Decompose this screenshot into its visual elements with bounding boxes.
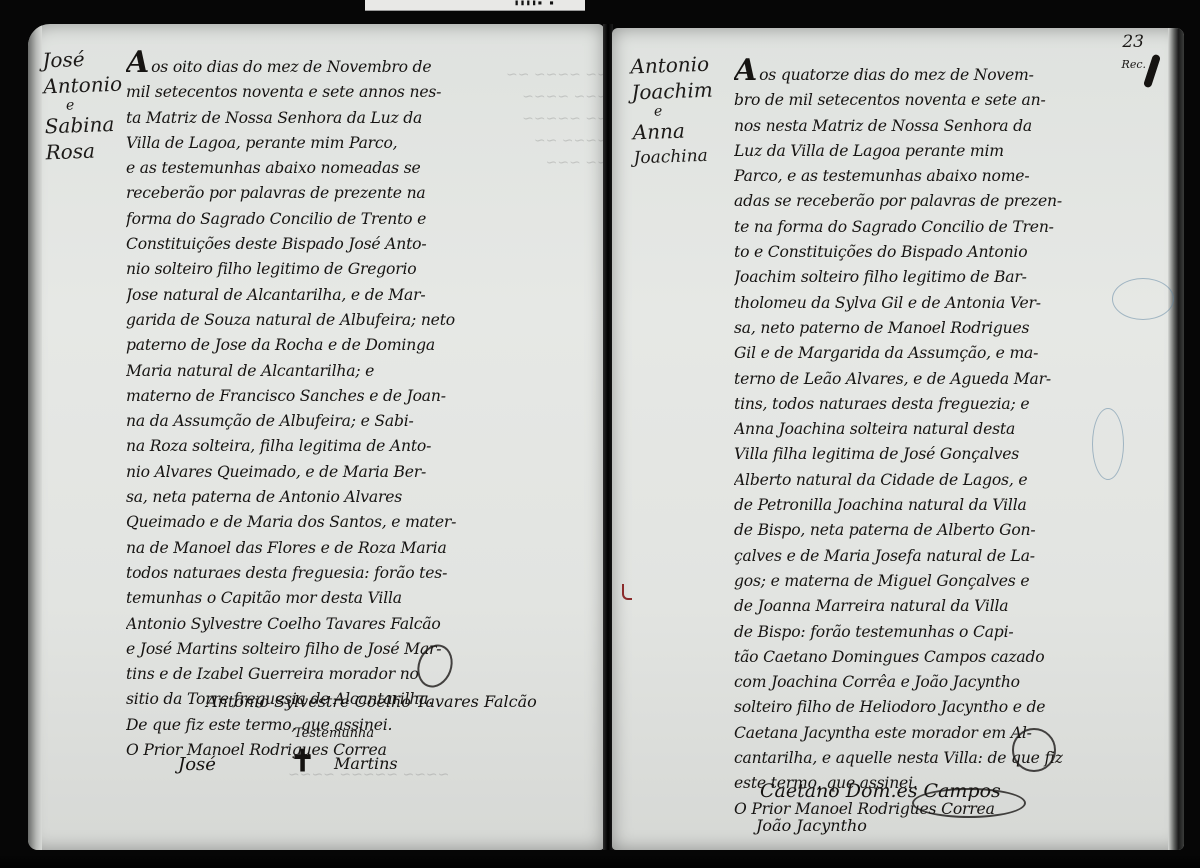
right-page: 23 Rec. Antonio Joachim e Anna Joachina … [612, 28, 1184, 850]
text-line: e as testemunhas abaixo nomeadas se [126, 156, 496, 181]
text-line: tholomeu da Sylva Gil e de Antonia Ver- [734, 291, 1084, 316]
text-line: gos; e materna de Miguel Gonçalves e [734, 569, 1084, 594]
margin-name: Rosa [45, 137, 125, 166]
text-line: Aos quatorze dias do mez de Novem- [734, 58, 1084, 88]
left-page-edge [28, 24, 42, 850]
text-line: com Joachina Corrêa e João Jacyntho [734, 670, 1084, 695]
text-line: na da Assumção de Albufeira; e Sabi- [126, 409, 496, 434]
signature-label: Testemunha [294, 726, 374, 741]
bleed-through-text: ~~ ~~~~ ~~~~~ ~~~~~~ ~~~~~~~~~ ~~~~ ~~~ [506, 64, 604, 174]
text-line: temunhas o Capitão mor desta Villa [126, 586, 496, 611]
margin-name: Joachina [633, 143, 715, 172]
folio-number: 23 [1122, 32, 1144, 52]
margin-name: Anna [632, 117, 714, 146]
text-line: na Roza solteira, filha legitima de Anto… [126, 434, 496, 459]
text-line: te na forma do Sagrado Concilio de Tren- [734, 215, 1084, 240]
text-line: adas se receberão por palavras de prezen… [734, 189, 1084, 214]
text-line: de Bispo: forão testemunhas o Capi- [734, 620, 1084, 645]
cross-mark-icon: ✝ [290, 744, 315, 779]
text-line: Alberto natural da Cidade de Lagos, e [734, 468, 1084, 493]
text-line: mil setecentos noventa e sete annos nes- [126, 80, 496, 105]
text-line: receberão por palavras de prezente na [126, 181, 496, 206]
text-line: Maria natural de Alcantarilha; e [126, 359, 496, 384]
left-margin-names: José Antonio e Sabina Rosa [42, 45, 125, 166]
signature-jose: José [178, 754, 216, 775]
text-line: tins, todos naturaes desta freguezia; e [734, 392, 1084, 417]
text-line: todos naturaes desta freguesia: forão te… [126, 561, 496, 586]
text-line: Constituições deste Bispado José Anto- [126, 232, 496, 257]
text-line: to e Constituições do Bispado Antonio [734, 240, 1084, 265]
text-line: ta Matriz de Nossa Senhora da Luz da [126, 106, 496, 131]
text-line: sa, neta paterna de Antonio Alvares [126, 485, 496, 510]
fiber-thread [1112, 278, 1174, 320]
signature-witness-1: Antonio Sylvestre Coelho Tavares Falcão [206, 692, 537, 711]
text-line: tão Caetano Domingues Campos cazado [734, 645, 1084, 670]
dropcap: A [126, 50, 149, 80]
text-line: nos nesta Matriz de Nossa Senhora da [734, 114, 1084, 139]
signature-joao: João Jacyntho [756, 816, 867, 835]
text-line: Antonio Sylvestre Coelho Tavares Falcão [126, 612, 496, 637]
text-line: na de Manoel das Flores e de Roza Maria [126, 536, 496, 561]
dropcap: A [734, 58, 757, 88]
text-line: paterno de Jose da Rocha e de Dominga [126, 333, 496, 358]
text-line: Parco, e as testemunhas abaixo nome- [734, 164, 1084, 189]
text-line: nio Alvares Queimado, e de Maria Ber- [126, 460, 496, 485]
signature-flourish [912, 788, 1026, 818]
right-margin-names: Antonio Joachim e Anna Joachina [630, 51, 716, 172]
right-page-edge [1168, 28, 1184, 850]
text-line: Luz da Villa de Lagoa perante mim [734, 139, 1084, 164]
signature-martins: Martins [334, 754, 398, 773]
text-line: Aos oito dias do mez de Novembro de [126, 50, 496, 80]
fiber-thread [1092, 408, 1124, 480]
right-entry-text: Aos quatorze dias do mez de Novem- bro d… [734, 58, 1084, 822]
film-label-strip: ▮▮▮▮▪ ▪ [365, 0, 585, 11]
text-line: materno de Francisco Sanches e de Joan- [126, 384, 496, 409]
signature-flourish [1012, 728, 1056, 772]
margin-name: Joachim [631, 77, 713, 106]
text-line: garida de Souza natural de Albufeira; ne… [126, 308, 496, 333]
text-line: terno de Leão Alvares, e de Agueda Mar- [734, 367, 1084, 392]
left-page: ~~ ~~~~ ~~~~~ ~~~~~~ ~~~~~~~~~ ~~~~ ~~~ … [28, 24, 604, 850]
text-line: Joachim solteiro filho legitimo de Bar- [734, 265, 1084, 290]
text-line: nio solteiro filho legitimo de Gregorio [126, 257, 496, 282]
margin-name: Antonio [43, 71, 123, 100]
text-line: Gil e de Margarida da Assumção, e ma- [734, 341, 1084, 366]
text-line: bro de mil setecentos noventa e sete an- [734, 88, 1084, 113]
text-line: de Bispo, neta paterna de Alberto Gon- [734, 518, 1084, 543]
corner-annotation: Rec. [1122, 58, 1146, 71]
film-bottom-shadow [0, 854, 1200, 868]
text-line: de Petronilla Joachina natural da Villa [734, 493, 1084, 518]
text-line: solteiro filho de Heliodoro Jacyntho e d… [734, 695, 1084, 720]
margin-name: Antonio [630, 51, 712, 80]
text-line: Anna Joachina solteira natural desta [734, 417, 1084, 442]
text-line: Villa de Lagoa, perante mim Parco, [126, 131, 496, 156]
margin-name: Sabina [44, 111, 124, 140]
text-line: Queimado e de Maria dos Santos, e mater- [126, 510, 496, 535]
text-line: sa, neto paterno de Manoel Rodrigues [734, 316, 1084, 341]
red-pencil-mark [622, 584, 632, 600]
text-line: forma do Sagrado Concilio de Trento e [126, 207, 496, 232]
margin-name: José [42, 45, 122, 74]
text-line: Villa filha legitima de José Gonçalves [734, 442, 1084, 467]
microfilm-frame: ▮▮▮▮▪ ▪ ~~ ~~~~ ~~~~~ ~~~~~~ ~~~~~~~~~ ~… [0, 0, 1200, 868]
text-line: Jose natural de Alcantarilha, e de Mar- [126, 283, 496, 308]
text-line: çalves e de Maria Josefa natural de La- [734, 544, 1084, 569]
film-label-marks: ▮▮▮▮▪ ▪ [514, 0, 555, 6]
text-line: de Joanna Marreira natural da Villa [734, 594, 1084, 619]
